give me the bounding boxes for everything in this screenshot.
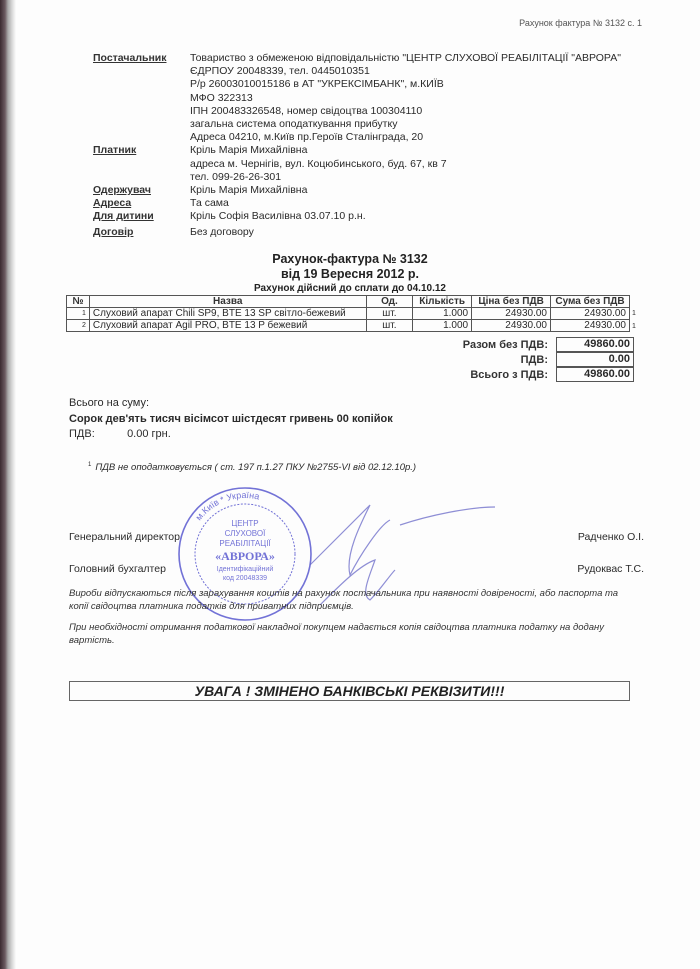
supplier-line: ІПН 200483326548, номер свідоцтва 100304… [190, 105, 621, 118]
recipient-value: Кріль Марія Михайлівна [190, 184, 307, 197]
row-sum: 24930.00 [551, 308, 630, 320]
totals-block: Разом без ПДВ: 49860.00 ПДВ: 0.00 Всього… [380, 337, 634, 382]
row-unit: шт. [366, 308, 413, 320]
row-footnote-mark: 1 [632, 310, 636, 317]
supplier-line: Товариство з обмеженою відповідальністю … [190, 52, 621, 65]
party-label: Платник [93, 144, 190, 184]
row-number: 2 [67, 320, 90, 332]
contract-value: Без договору [190, 226, 254, 239]
col-no: № [67, 296, 90, 308]
stamp-line: «АВРОРА» [215, 549, 275, 563]
tax-invoice-note: При необхідності отримання податкової на… [69, 622, 629, 647]
party-supplier: Постачальник Товариство з обмеженою відп… [93, 52, 621, 144]
page-header: Рахунок фактура № 3132 с. 1 [519, 18, 642, 28]
vat-line-value: 0.00 грн. [127, 427, 171, 443]
party-payer: Платник Кріль Марія Михайлівна адреса м.… [93, 144, 621, 184]
stamp-line: ЦЕНТР [231, 519, 258, 528]
invoice-date: від 19 Вересня 2012 р. [0, 267, 700, 281]
vat-line: ПДВ: 0.00 грн. [69, 427, 393, 443]
table-row: 1 Слуховий апарат Chili SP9, BTE 13 SP с… [67, 308, 630, 320]
footnote: 1ПДВ не оподатковується ( ст. 197 п.1.27… [88, 462, 416, 473]
party-contract: Договір Без договору [93, 226, 621, 239]
supplier-line: Р/р 26003010015186 в АТ "УКРЕКСІМБАНК", … [190, 78, 621, 91]
supplier-line: ЄДРПОУ 20048339, тел. 0445010351 [190, 65, 621, 78]
signature-row-accountant: Головний бухгалтер Рудоквас Т.С. [69, 563, 644, 575]
stamp-outer-text: м.Київ * Україна [193, 490, 260, 522]
signature-name: Рудоквас Т.С. [577, 563, 644, 575]
subtotal-row: Разом без ПДВ: 49860.00 [380, 337, 634, 352]
items-table: № Назва Од. Кількість Ціна без ПДВ Сума … [66, 295, 630, 332]
payer-line: тел. 099-26-26-301 [190, 171, 447, 184]
vat-value: 0.00 [556, 352, 634, 367]
supplier-line: МФО 322313 [190, 92, 621, 105]
signature-row-director: Генеральний директор Радченко О.І. [69, 531, 644, 543]
total-value: 49860.00 [556, 367, 634, 382]
invoice-title: Рахунок-фактура № 3132 [0, 252, 700, 266]
terms-note: Вироби відпускаються після зарахування к… [69, 588, 629, 613]
footnote-text: ПДВ не оподатковується ( ст. 197 п.1.27 … [95, 462, 416, 473]
vat-label: ПДВ: [380, 354, 556, 366]
address-value: Та сама [190, 197, 229, 210]
row-name: Слуховий апарат Chili SP9, BTE 13 SP сві… [89, 308, 366, 320]
payer-line: Кріль Марія Михайлівна [190, 144, 447, 157]
row-number: 1 [67, 308, 90, 320]
row-qty: 1.000 [413, 320, 472, 332]
sum-in-words: Сорок дев'ять тисяч вісімсот шістдесят г… [69, 412, 393, 428]
sum-label: Всього на суму: [69, 396, 393, 412]
table-header-row: № Назва Од. Кількість Ціна без ПДВ Сума … [67, 296, 630, 308]
signature-role: Генеральний директор [69, 531, 180, 543]
party-child: Для дитини Кріль Софія Василівна 03.07.1… [93, 210, 621, 223]
subtotal-label: Разом без ПДВ: [380, 339, 556, 351]
subtotal-value: 49860.00 [556, 337, 634, 352]
scan-edge [0, 0, 16, 969]
party-label: Договір [93, 226, 190, 239]
supplier-line: Адреса 04210, м.Київ пр.Героїв Сталінгра… [190, 131, 621, 144]
sum-in-words-block: Всього на суму: Сорок дев'ять тисяч вісі… [69, 396, 393, 443]
invoice-valid-until: Рахунок дійсний до сплати до 04.10.12 [0, 283, 700, 294]
col-qty: Кількість [413, 296, 472, 308]
col-name: Назва [89, 296, 366, 308]
payer-line: адреса м. Чернігів, вул. Коцюбинського, … [190, 158, 447, 171]
row-price: 24930.00 [472, 308, 551, 320]
col-price: Ціна без ПДВ [472, 296, 551, 308]
row-qty: 1.000 [413, 308, 472, 320]
party-address: Адреса Та сама [93, 197, 621, 210]
table-row: 2 Слуховий апарат Agil PRO, BTE 13 P беж… [67, 320, 630, 332]
supplier-line: загальна система оподаткування прибутку [190, 118, 621, 131]
parties-block: Постачальник Товариство з обмеженою відп… [93, 52, 621, 239]
stamp-line: код 20048339 [223, 575, 267, 582]
party-label: Постачальник [93, 52, 190, 144]
party-recipient: Одержувач Кріль Марія Михайлівна [93, 184, 621, 197]
child-value: Кріль Софія Василівна 03.07.10 р.н. [190, 210, 366, 223]
vat-row: ПДВ: 0.00 [380, 352, 634, 367]
row-price: 24930.00 [472, 320, 551, 332]
row-unit: шт. [366, 320, 413, 332]
col-sum: Сума без ПДВ [551, 296, 630, 308]
vat-line-label: ПДВ: [69, 427, 124, 443]
bank-details-warning: УВАГА ! ЗМІНЕНО БАНКІВСЬКІ РЕКВІЗИТИ!!! [69, 681, 630, 701]
party-label: Для дитини [93, 210, 190, 223]
party-label: Адреса [93, 197, 190, 210]
party-label: Одержувач [93, 184, 190, 197]
row-sum: 24930.00 [551, 320, 630, 332]
row-name: Слуховий апарат Agil PRO, BTE 13 P бежев… [89, 320, 366, 332]
row-footnote-mark: 1 [632, 323, 636, 330]
total-label: Всього з ПДВ: [380, 369, 556, 381]
total-row: Всього з ПДВ: 49860.00 [380, 367, 634, 382]
svg-text:м.Київ * Україна: м.Київ * Україна [193, 490, 260, 522]
signature-role: Головний бухгалтер [69, 563, 166, 575]
col-unit: Од. [366, 296, 413, 308]
signature-name: Радченко О.І. [578, 531, 644, 543]
footnote-mark: 1 [88, 462, 91, 468]
